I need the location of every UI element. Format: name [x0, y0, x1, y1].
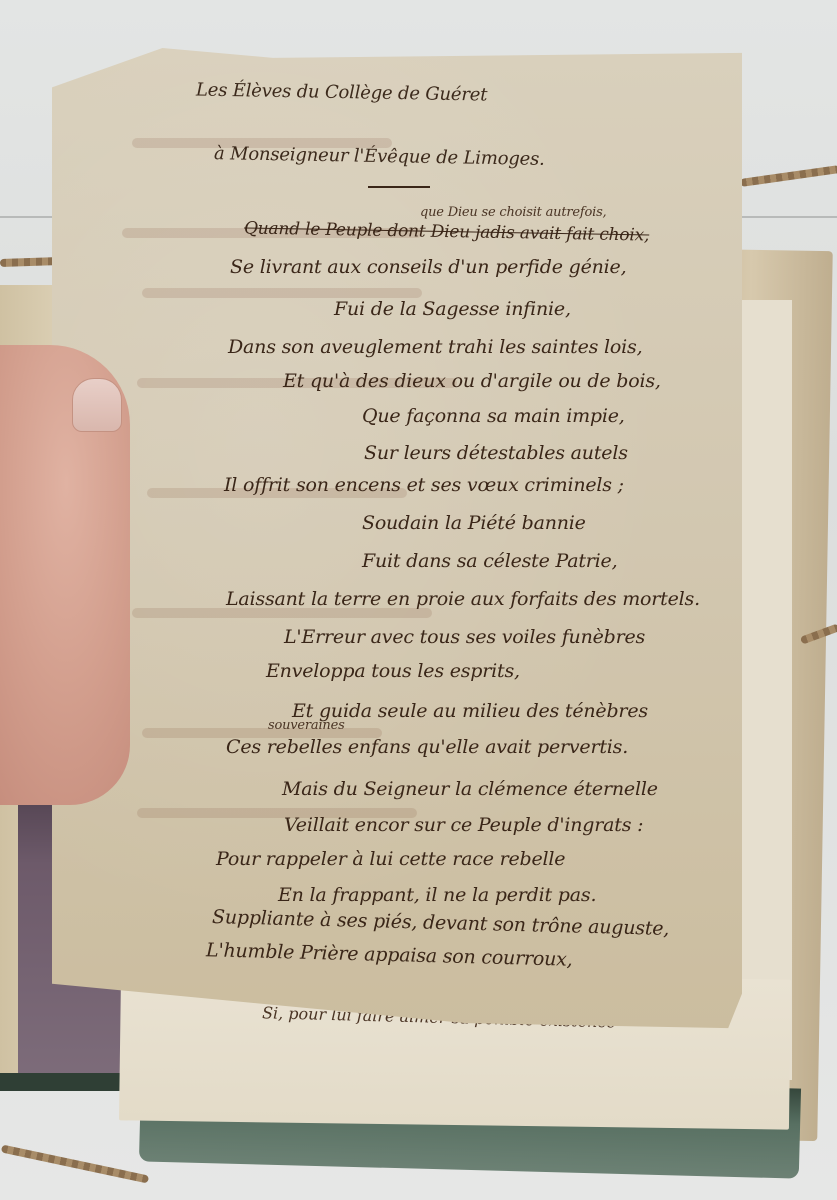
verse-line: Enveloppa tous les esprits,	[266, 660, 520, 682]
verse-line: Que façonna sa main impie,	[362, 405, 625, 427]
verse-insert: souveraines	[268, 718, 345, 733]
verse-line: Veillait encor sur ce Peuple d'ingrats :	[284, 814, 643, 836]
thumbnail-nail	[72, 378, 122, 432]
verse-line: Laissant la terre en proie aux forfaits …	[226, 588, 700, 610]
verse-line: Se livrant aux conseils d'un perfide gén…	[230, 256, 626, 278]
verse-line: Et guida seule au milieu des ténèbres	[292, 700, 648, 722]
verse-line: Mais du Seigneur la clémence éternelle	[282, 778, 658, 800]
verse-line: Fuit dans sa céleste Patrie,	[362, 550, 617, 572]
heading-underline	[368, 186, 430, 188]
bleed-through-text	[142, 288, 422, 298]
verse-line: Ces rebelles enfans qu'elle avait perver…	[226, 736, 628, 758]
verse-line: L'Erreur avec tous ses voiles funèbres	[284, 626, 645, 648]
verse-line: Sur leurs détestables autels	[364, 442, 628, 464]
verse-line: Et qu'à des dieux ou d'argile ou de bois…	[283, 370, 661, 392]
verse-line: Pour rappeler à lui cette race rebelle	[216, 848, 565, 870]
verse-line: Fui de la Sagesse infinie,	[334, 298, 571, 320]
verse-line: Dans son aveuglement trahi les saintes l…	[228, 336, 642, 358]
verse-line: Soudain la Piété bannie	[362, 512, 586, 534]
verse-line: Il offrit son encens et ses vœux crimine…	[224, 474, 624, 496]
verse-line: En la frappant, il ne la perdit pas.	[278, 884, 596, 906]
verse-insert: que Dieu se choisit autrefois,	[420, 205, 606, 220]
